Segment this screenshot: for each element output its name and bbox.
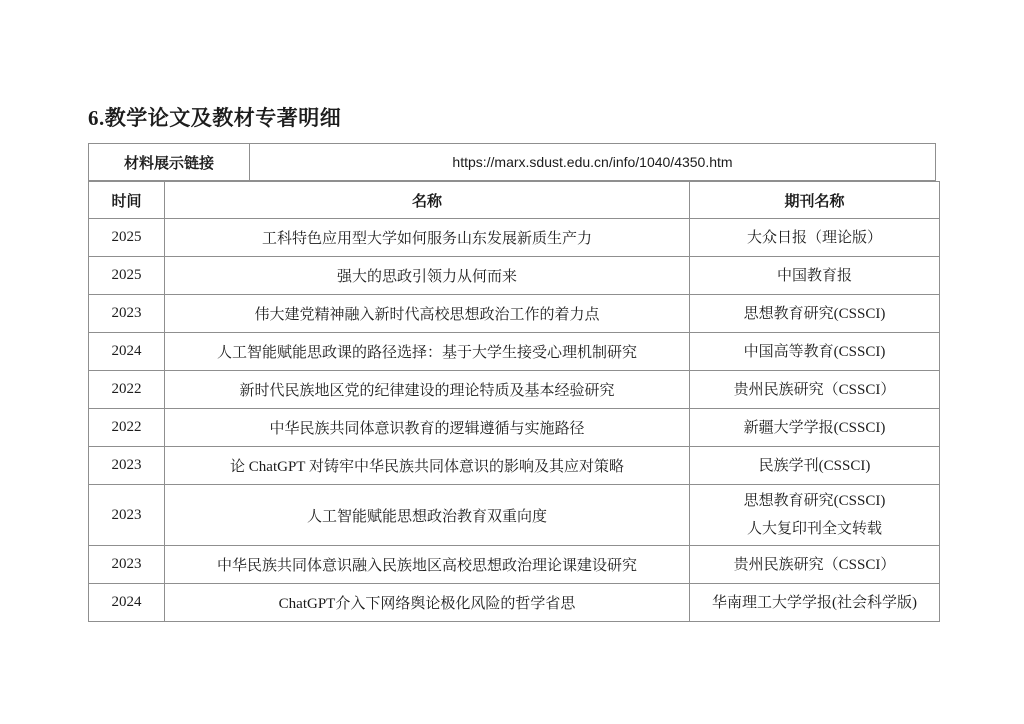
table-row: 2023 论 ChatGPT 对铸牢中华民族共同体意识的影响及其应对策略 民族学… [89,447,940,485]
table-row: 2022 中华民族共同体意识教育的逻辑遵循与实施路径 新疆大学学报(CSSCI) [89,409,940,447]
name-cell: 中华民族共同体意识教育的逻辑遵循与实施路径 [165,409,690,447]
material-link-table: 材料展示链接 https://marx.sdust.edu.cn/info/10… [88,143,936,181]
journal-cell: 思想教育研究(CSSCI)人大复印刊全文转载 [690,485,940,546]
journal-line: 民族学刊(CSSCI) [694,452,935,480]
year-cell: 2022 [89,371,165,409]
material-link-url: https://marx.sdust.edu.cn/info/1040/4350… [250,144,936,181]
table-row: 2023 伟大建党精神融入新时代高校思想政治工作的着力点 思想教育研究(CSSC… [89,295,940,333]
year-cell: 2025 [89,219,165,257]
journal-line: 中国高等教育(CSSCI) [694,338,935,366]
journal-cell: 中国高等教育(CSSCI) [690,333,940,371]
name-cell: 中华民族共同体意识融入民族地区高校思想政治理论课建设研究 [165,546,690,584]
journal-line: 新疆大学学报(CSSCI) [694,414,935,442]
name-cell: 伟大建党精神融入新时代高校思想政治工作的着力点 [165,295,690,333]
journal-cell: 大众日报（理论版） [690,219,940,257]
material-link-label: 材料展示链接 [89,144,250,181]
journal-line: 思想教育研究(CSSCI) [694,487,935,515]
journal-cell: 华南理工大学学报(社会科学版) [690,584,940,622]
journal-line: 人大复印刊全文转载 [694,515,935,543]
year-cell: 2023 [89,295,165,333]
name-cell: 论 ChatGPT 对铸牢中华民族共同体意识的影响及其应对策略 [165,447,690,485]
year-cell: 2023 [89,447,165,485]
page-title: 6.教学论文及教材专著明细 [88,102,936,132]
material-link-row: 材料展示链接 https://marx.sdust.edu.cn/info/10… [89,144,936,181]
journal-cell: 思想教育研究(CSSCI) [690,295,940,333]
journal-line: 华南理工大学学报(社会科学版) [694,589,935,617]
table-row: 2023 中华民族共同体意识融入民族地区高校思想政治理论课建设研究 贵州民族研究… [89,546,940,584]
year-cell: 2022 [89,409,165,447]
table-row: 2025 工科特色应用型大学如何服务山东发展新质生产力 大众日报（理论版） [89,219,940,257]
table-row: 2025 强大的思政引领力从何而来 中国教育报 [89,257,940,295]
journal-line: 大众日报（理论版） [694,224,935,252]
name-cell: 工科特色应用型大学如何服务山东发展新质生产力 [165,219,690,257]
name-cell: 新时代民族地区党的纪律建设的理论特质及基本经验研究 [165,371,690,409]
journal-cell: 中国教育报 [690,257,940,295]
name-cell: ChatGPT介入下网络舆论极化风险的哲学省思 [165,584,690,622]
column-header-name: 名称 [165,182,690,219]
year-cell: 2024 [89,333,165,371]
journal-line: 中国教育报 [694,262,935,290]
table-row: 2024 人工智能赋能思政课的路径选择：基于大学生接受心理机制研究 中国高等教育… [89,333,940,371]
column-header-journal: 期刊名称 [690,182,940,219]
table-row: 2023 人工智能赋能思想政治教育双重向度 思想教育研究(CSSCI)人大复印刊… [89,485,940,546]
journal-line: 贵州民族研究（CSSCI） [694,376,935,404]
name-cell: 强大的思政引领力从何而来 [165,257,690,295]
journal-cell: 贵州民族研究（CSSCI） [690,546,940,584]
papers-table-header-row: 时间 名称 期刊名称 [89,182,940,219]
table-row: 2024 ChatGPT介入下网络舆论极化风险的哲学省思 华南理工大学学报(社会… [89,584,940,622]
year-cell: 2023 [89,485,165,546]
name-cell: 人工智能赋能思想政治教育双重向度 [165,485,690,546]
journal-line: 贵州民族研究（CSSCI） [694,551,935,579]
year-cell: 2024 [89,584,165,622]
papers-table-body: 2025 工科特色应用型大学如何服务山东发展新质生产力 大众日报（理论版） 20… [89,219,940,622]
table-row: 2022 新时代民族地区党的纪律建设的理论特质及基本经验研究 贵州民族研究（CS… [89,371,940,409]
column-header-time: 时间 [89,182,165,219]
journal-cell: 民族学刊(CSSCI) [690,447,940,485]
year-cell: 2025 [89,257,165,295]
papers-table: 时间 名称 期刊名称 2025 工科特色应用型大学如何服务山东发展新质生产力 大… [88,181,940,622]
name-cell: 人工智能赋能思政课的路径选择：基于大学生接受心理机制研究 [165,333,690,371]
document-page: 6.教学论文及教材专著明细 材料展示链接 https://marx.sdust.… [0,0,1024,724]
journal-cell: 贵州民族研究（CSSCI） [690,371,940,409]
year-cell: 2023 [89,546,165,584]
journal-line: 思想教育研究(CSSCI) [694,300,935,328]
journal-cell: 新疆大学学报(CSSCI) [690,409,940,447]
